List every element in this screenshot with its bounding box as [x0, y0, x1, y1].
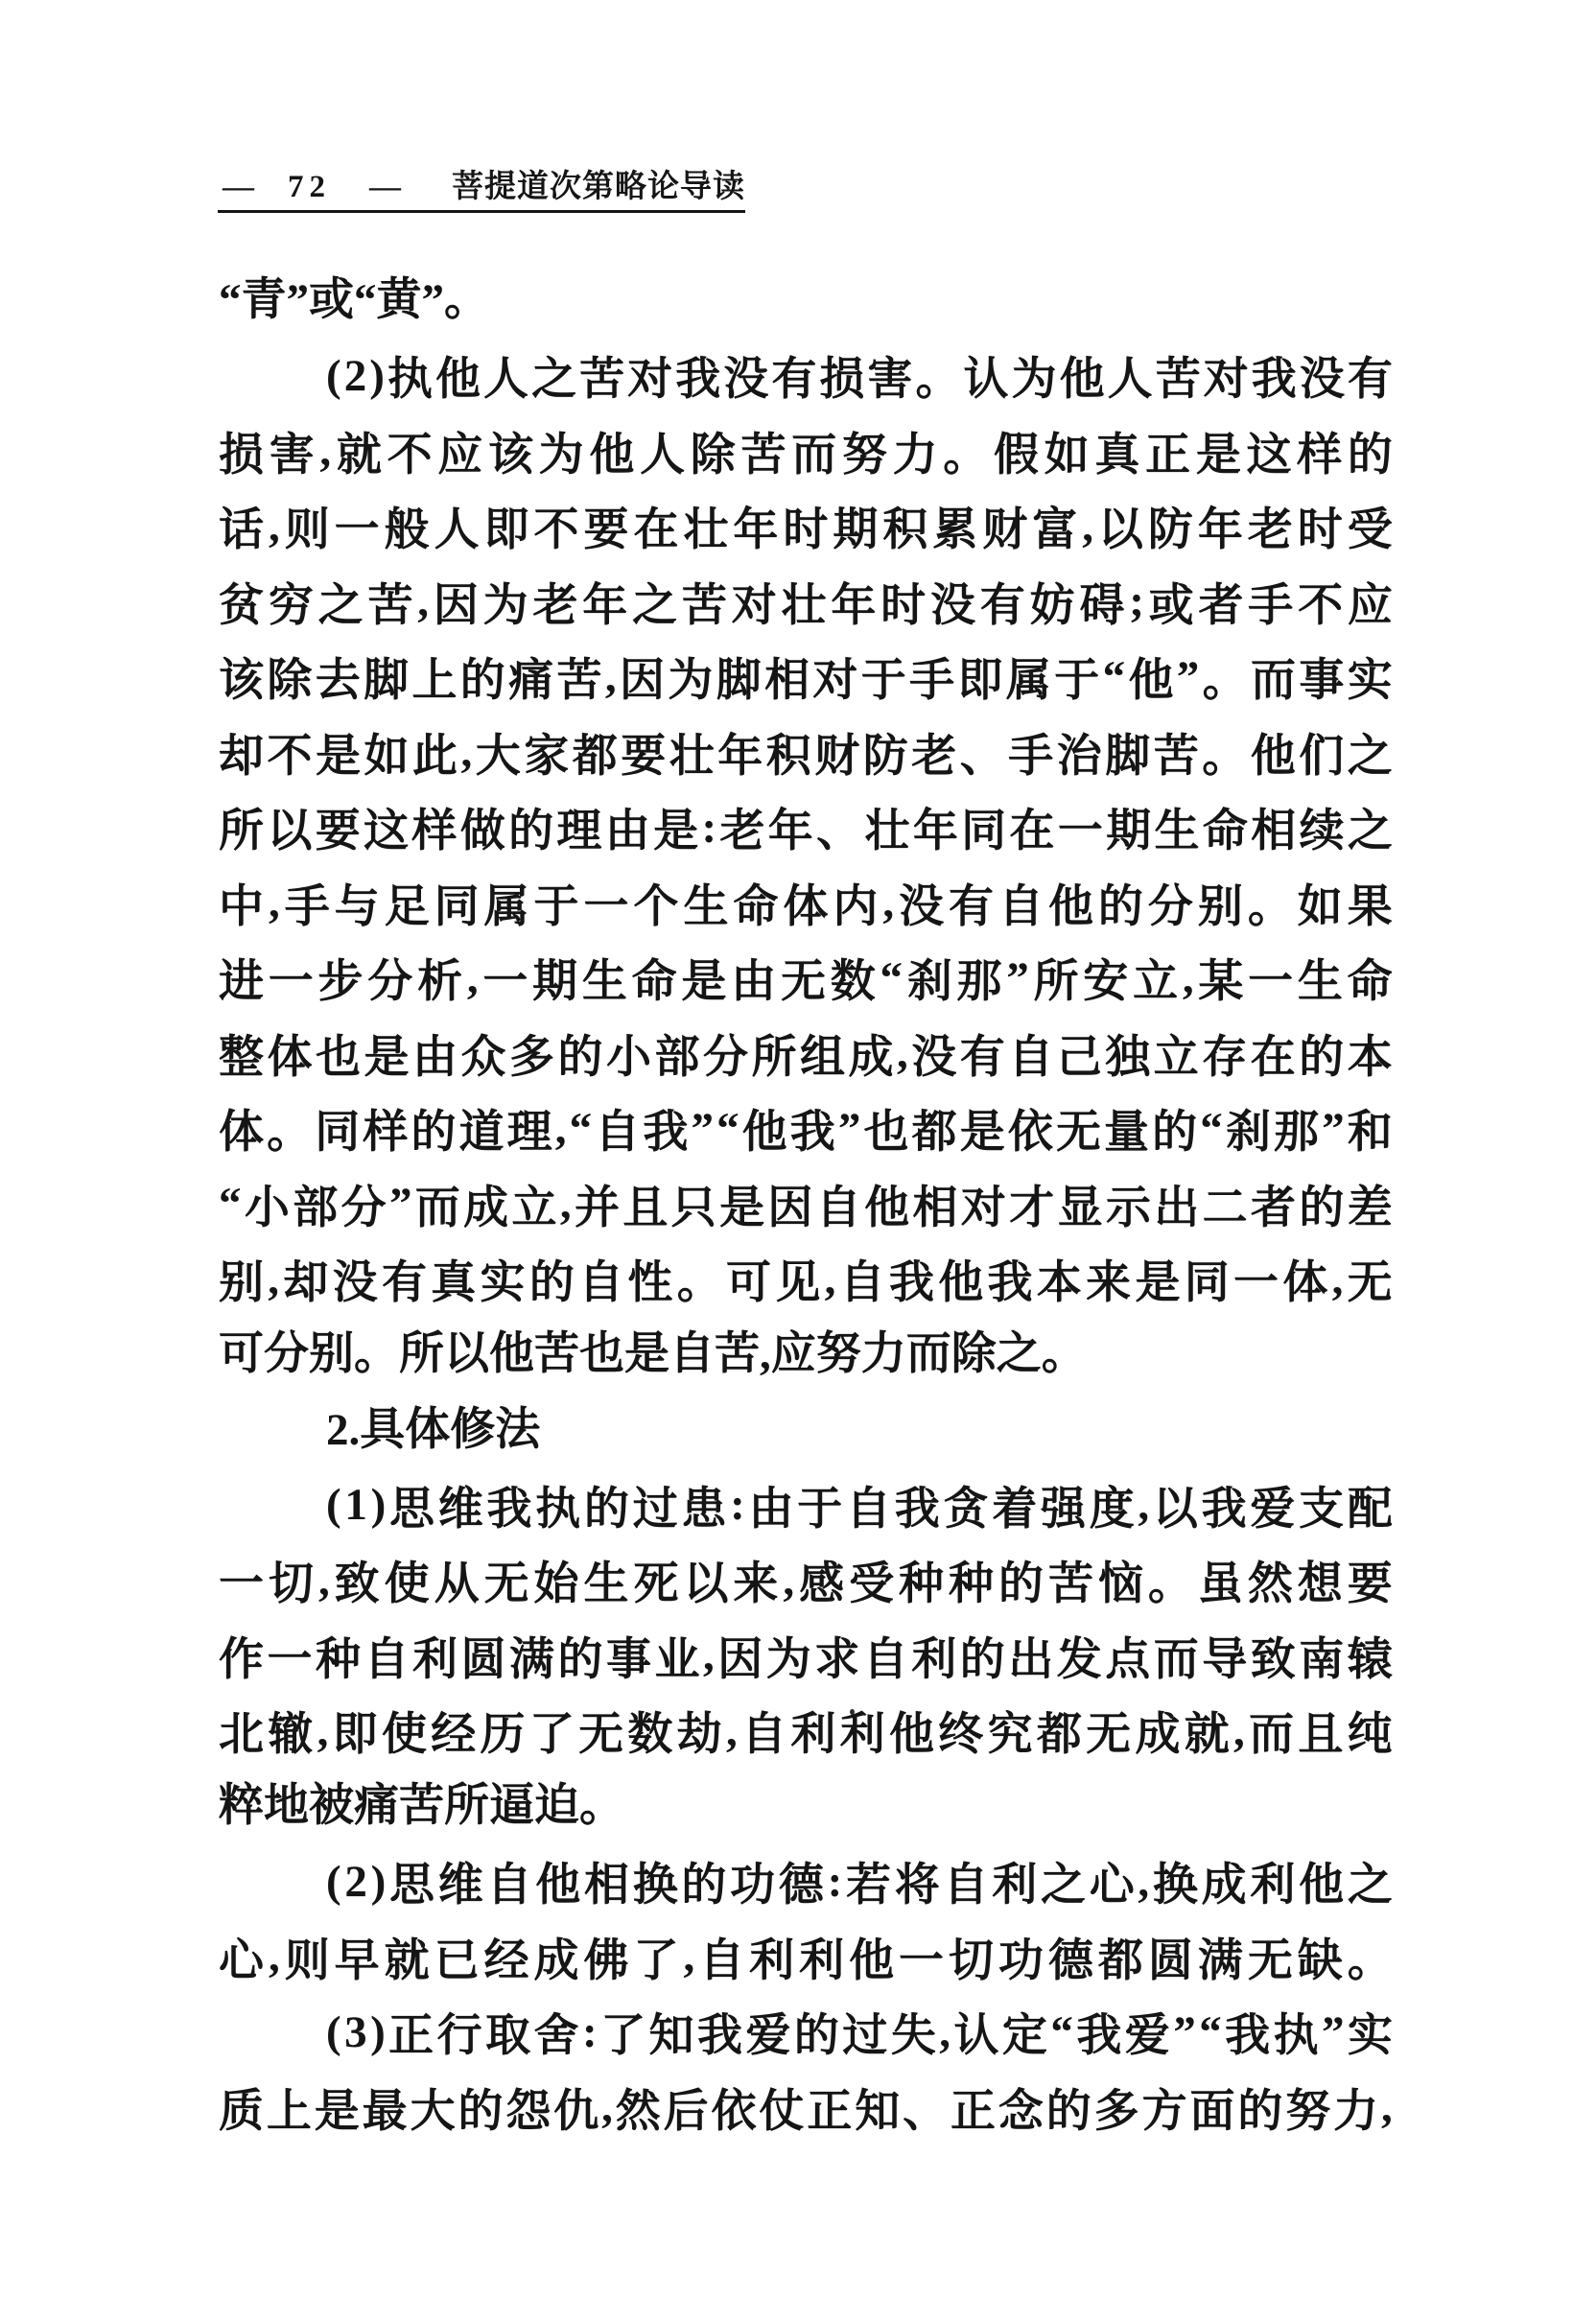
text-line: 体。同样的道理,“自我”“他我”也都是依无量的“刹那”和: [219, 1091, 1393, 1167]
text-line: 整体也是由众多的小部分所组成,没有自己独立存在的本: [219, 1016, 1393, 1091]
text-line: 粹地被痛苦所逼迫。: [219, 1769, 1393, 1844]
book-title: 菩提道次第略论导读: [452, 161, 745, 206]
header-dash-left: —: [223, 170, 255, 205]
text-line: 损害,就不应该为他人除苦而努力。假如真正是这样的: [219, 413, 1393, 489]
text-line: 心,则早就已经成佛了,自利利他一切功德都圆满无缺。: [219, 1919, 1393, 1995]
text-line: 质上是最大的怨仇,然后依仗正知、正念的多方面的努力,: [219, 2070, 1393, 2146]
header-dash-right: —: [369, 170, 402, 205]
text-line: 该除去脚上的痛苦,因为脚相对于手即属于“他”。而事实: [219, 640, 1393, 715]
text-line: 可分别。所以他苦也是自苦,应努力而除之。: [219, 1317, 1393, 1393]
text-line: 一切,致使从无始生死以来,感受种种的苦恼。虽然想要: [219, 1543, 1393, 1619]
text-line: (2)执他人之苦对我没有损害。认为他人苦对我没有: [219, 339, 1393, 414]
text-line: 贫穷之苦,因为老年之苦对壮年时没有妨碍;或者手不应: [219, 564, 1393, 640]
text-line: (1)思维我执的过患:由于自我贪着强度,以我爱支配: [219, 1467, 1393, 1543]
page-number: 72: [288, 170, 331, 205]
body-text: “青”或“黄”。(2)执他人之苦对我没有损害。认为他人苦对我没有损害,就不应该为…: [219, 263, 1393, 2146]
text-line: 中,手与足同属于一个生命体内,没有自他的分别。如果: [219, 865, 1393, 941]
scan-artifact-dot: [850, 1709, 855, 1715]
text-line: 进一步分析,一期生命是由无数“刹那”所安立,某一生命: [219, 941, 1393, 1017]
text-line: 作一种自利圆满的事业,因为求自利的出发点而导致南辕: [219, 1618, 1393, 1694]
text-line: 2.具体修法: [219, 1393, 1393, 1468]
page-header: — 72 — 菩提道次第略论导读: [223, 161, 745, 206]
book-page: — 72 — 菩提道次第略论导读 “青”或“黄”。(2)执他人之苦对我没有损害。…: [0, 0, 1596, 2298]
text-line: 北辙,即使经历了无数劫,自利利他终究都无成就,而且纯: [219, 1694, 1393, 1770]
text-line: (3)正行取舍:了知我爱的过失,认定“我爱”“我执”实: [219, 1995, 1393, 2071]
header-rule: [218, 210, 745, 213]
text-line: (2)思维自他相换的功德:若将自利之心,换成利他之: [219, 1844, 1393, 1920]
text-line: 所以要这样做的理由是:老年、壮年同在一期生命相续之: [219, 790, 1393, 866]
text-line: 话,则一般人即不要在壮年时期积累财富,以防年老时受: [219, 489, 1393, 565]
text-line: “青”或“黄”。: [219, 263, 1393, 339]
text-line: “小部分”而成立,并且只是因自他相对才显示出二者的差: [219, 1166, 1393, 1242]
text-line: 别,却没有真实的自性。可见,自我他我本来是同一体,无: [219, 1242, 1393, 1318]
text-line: 却不是如此,大家都要壮年积财防老、手治脚苦。他们之: [219, 715, 1393, 790]
